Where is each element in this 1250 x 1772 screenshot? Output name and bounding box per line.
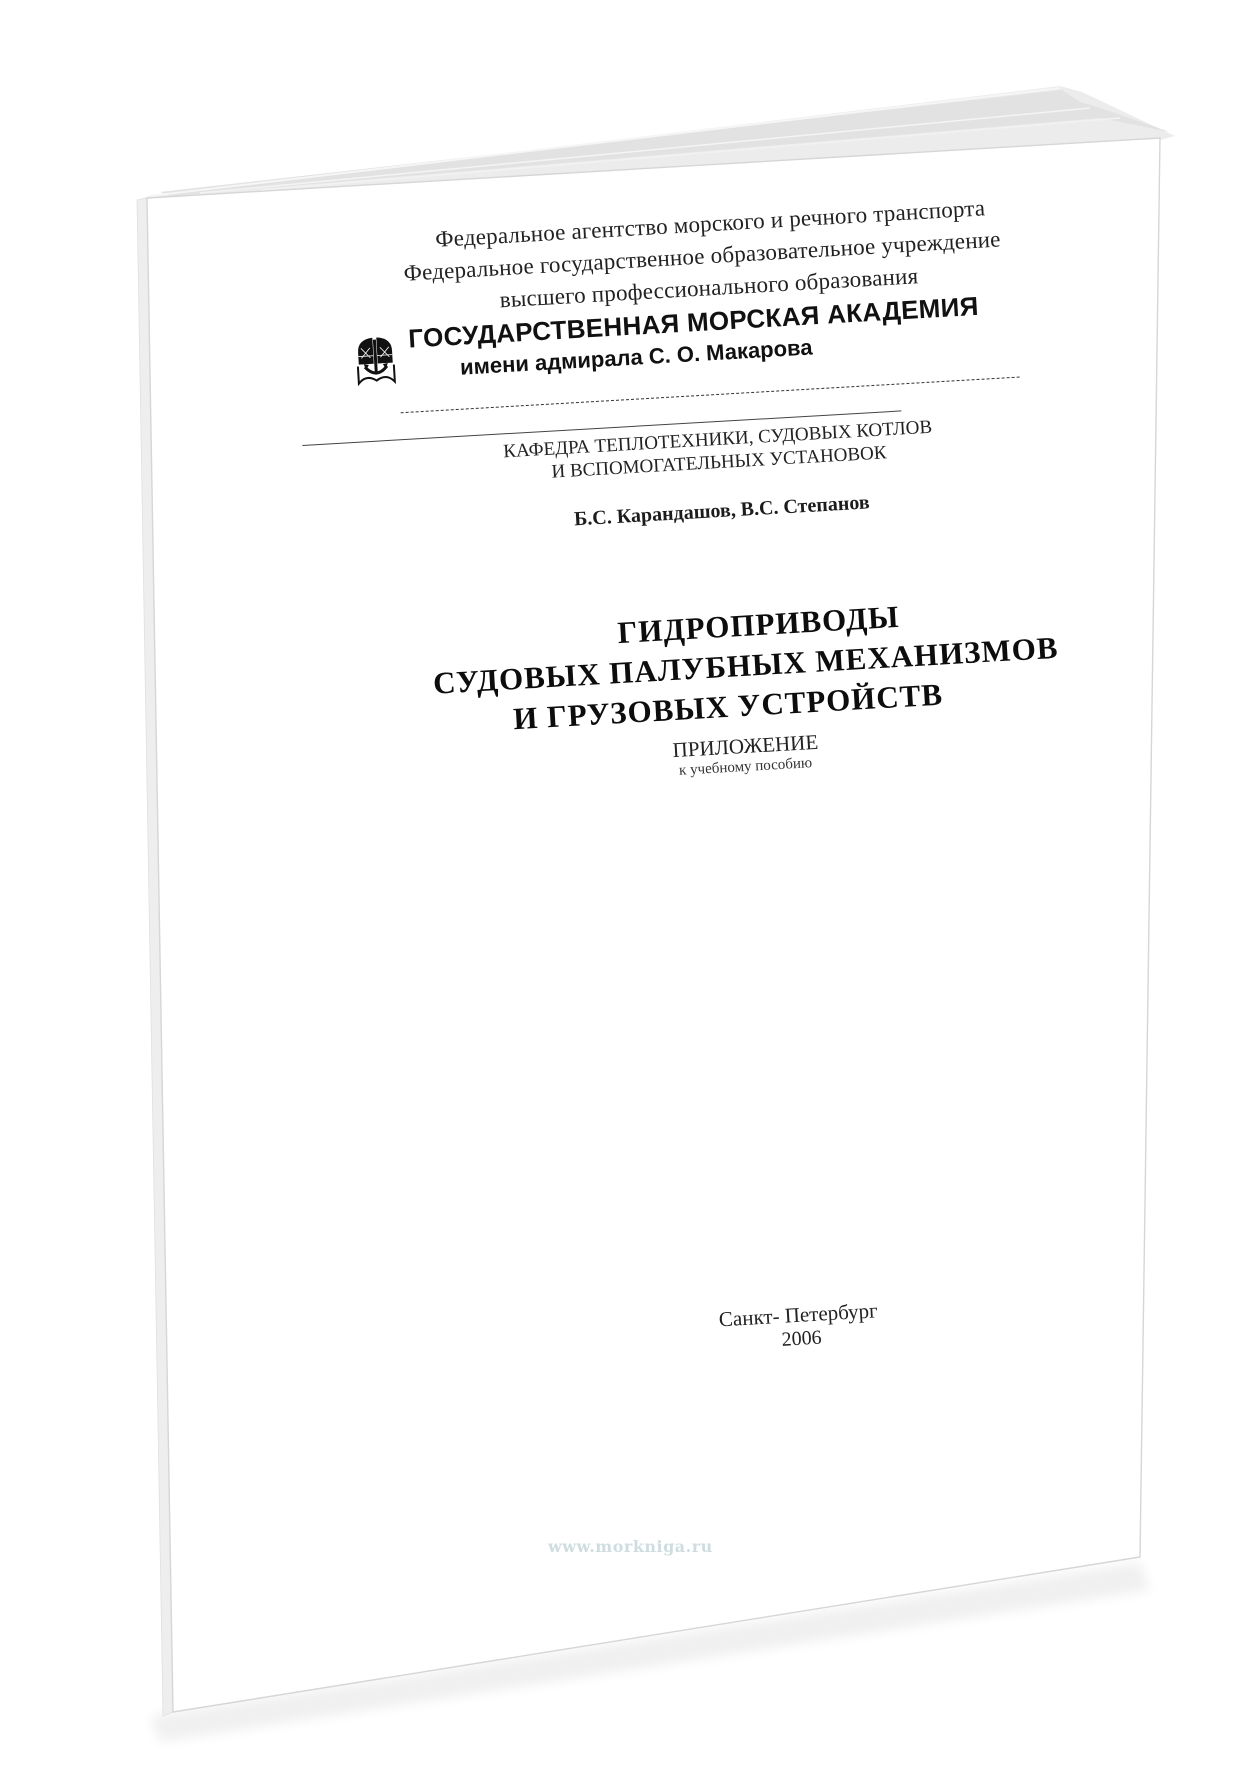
product-image: Федеральное агентство морского и речного…: [0, 0, 1250, 1772]
watermark: www.morkniga.ru: [548, 1537, 713, 1556]
anchor-emblem-icon: [354, 334, 397, 386]
cover-content: Федеральное агентство морского и речного…: [330, 187, 1135, 1374]
